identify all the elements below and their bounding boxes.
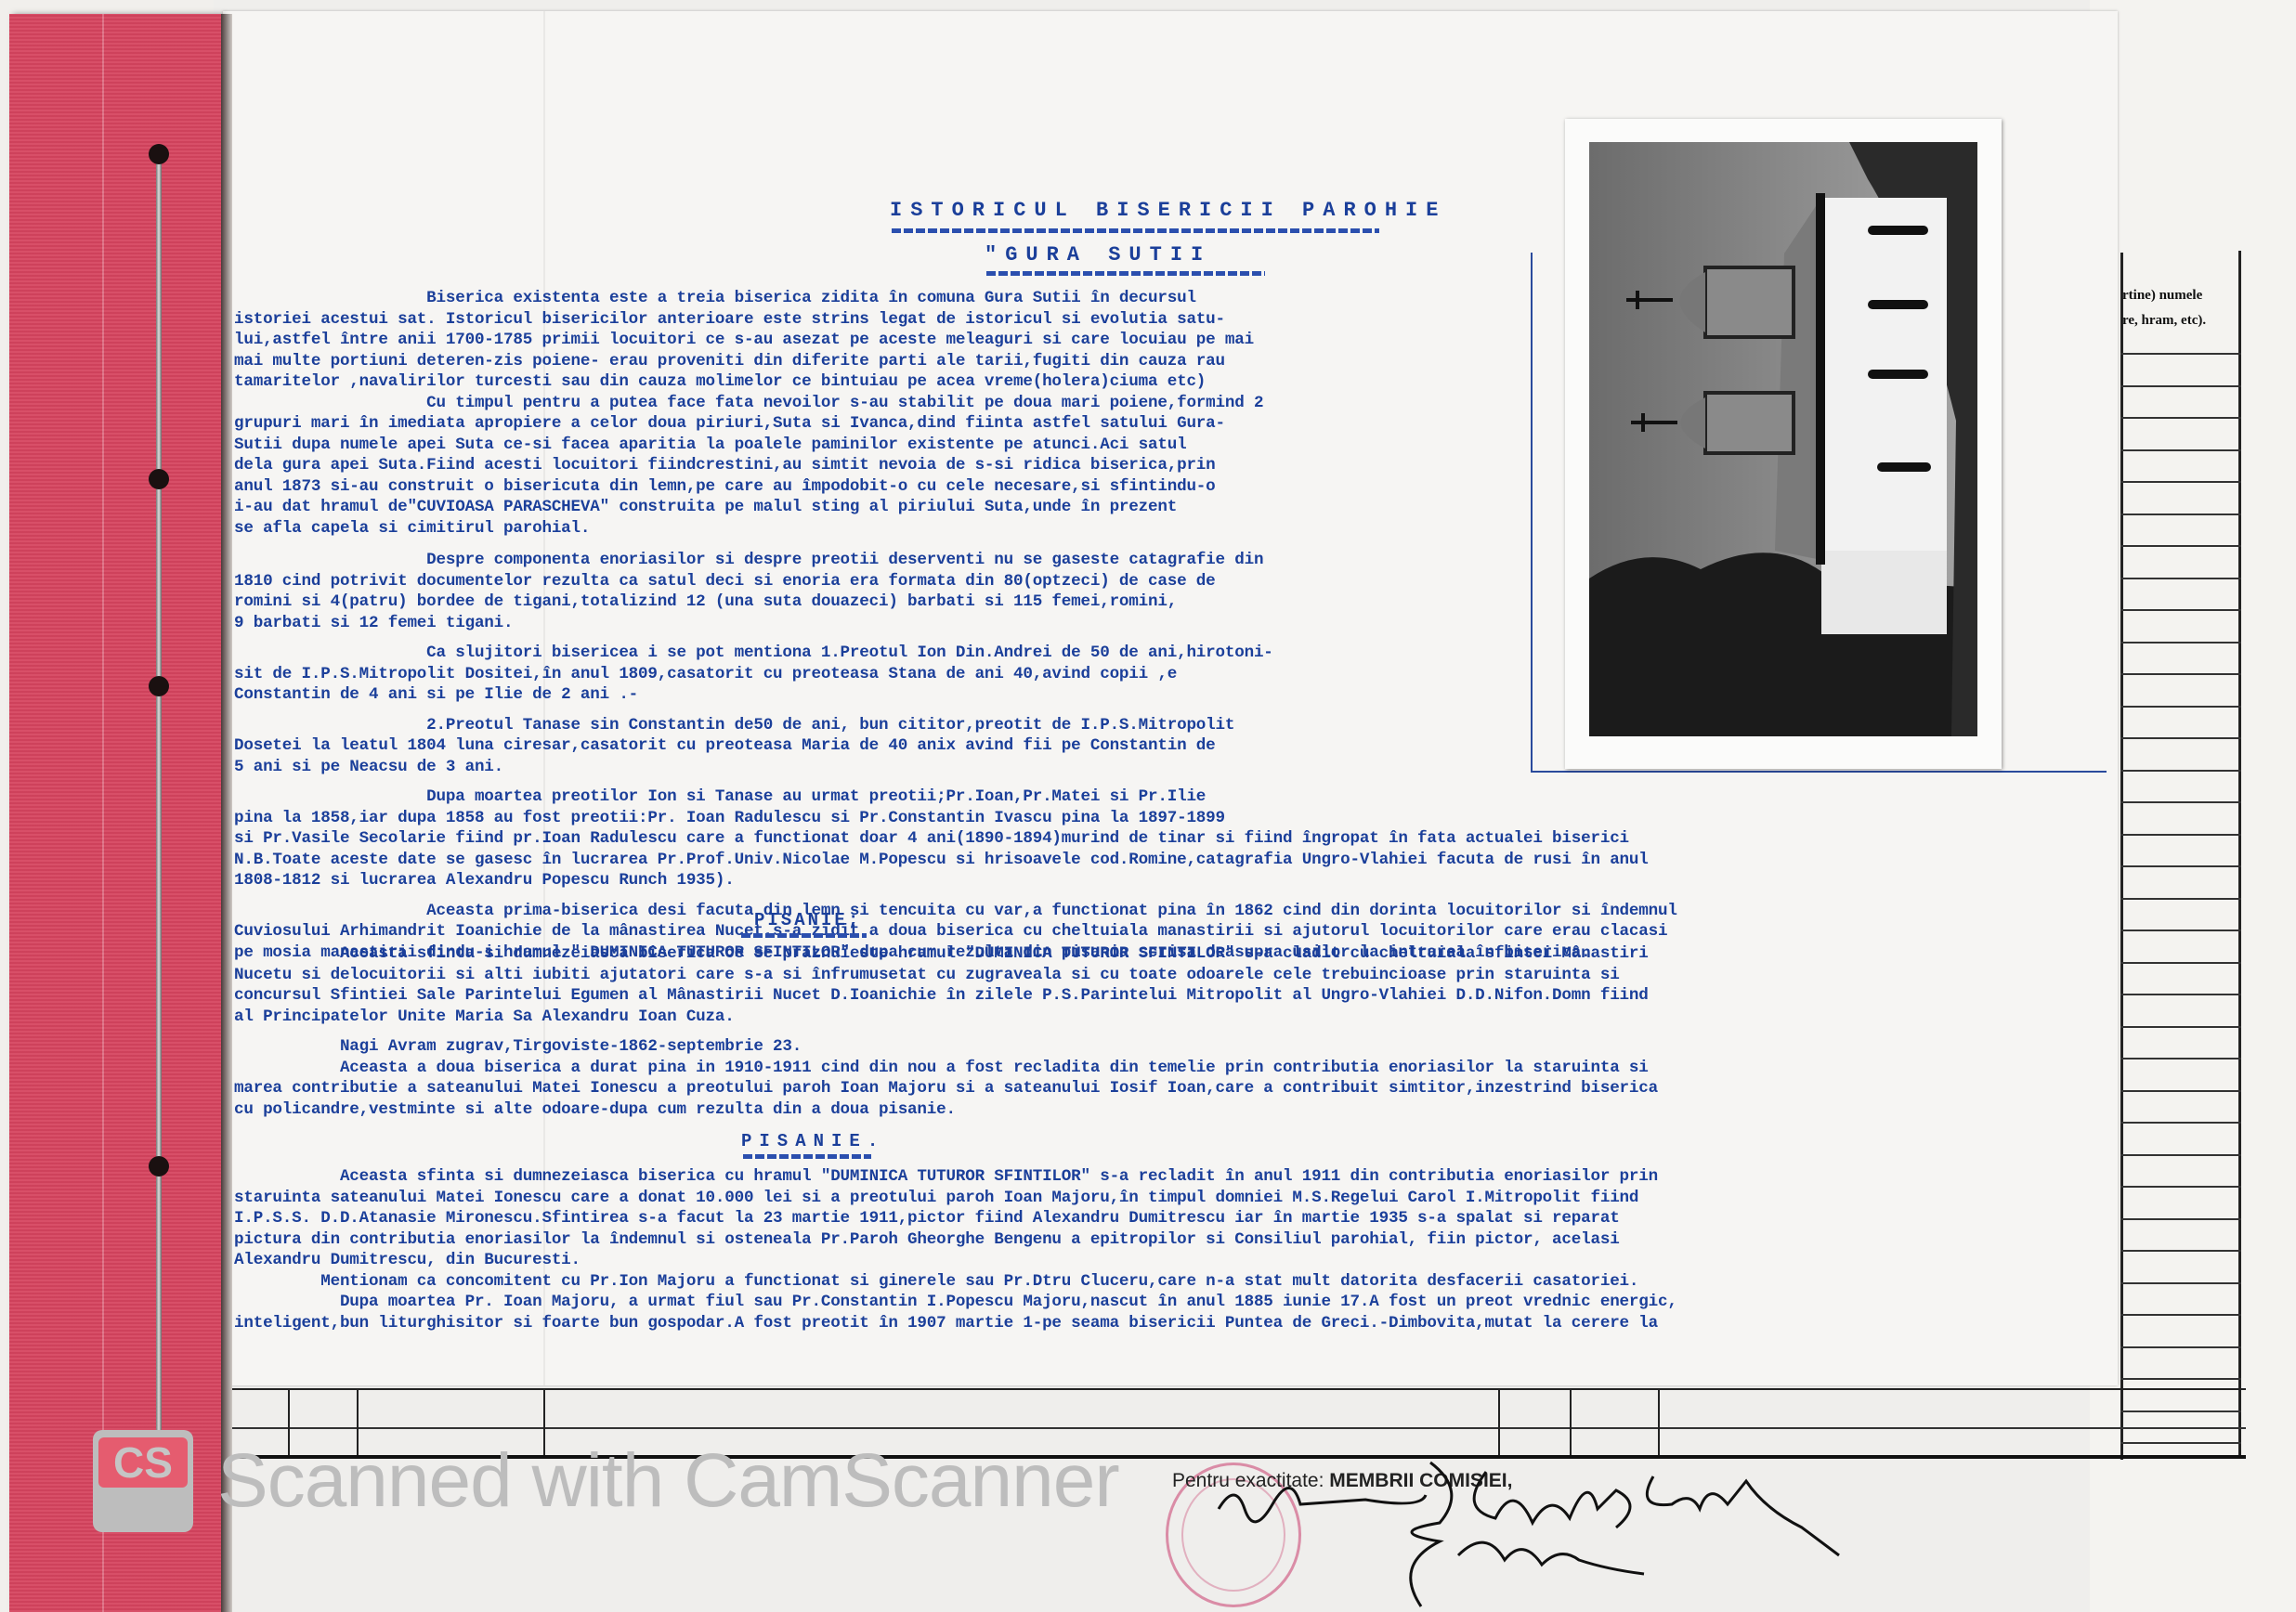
subtitle-underline <box>986 271 1265 276</box>
form-row-line <box>2120 770 2241 772</box>
pisanie2-text: Aceasta sfinta si dumnezeiasca biserica … <box>234 1166 2129 1333</box>
typed-line: Aceasta prima-biserica desi facuta din l… <box>234 901 2129 922</box>
church-illustration <box>1589 142 1977 736</box>
typed-line: si Pr.Vasile Secolarie fiind pr.Ioan Rad… <box>234 828 2129 850</box>
camscanner-watermark: CS Scanned with CamScanner <box>93 1430 1119 1532</box>
typed-line: Mentionam ca concomitent cu Pr.Ion Major… <box>234 1271 2129 1293</box>
church-photograph <box>1565 119 2002 769</box>
photo-frame-rule-bottom <box>1531 771 2107 773</box>
pisanie-text: Aceasta sfinta si dumnezeiasca biserica … <box>234 943 2129 1120</box>
form-row-line <box>2120 929 2241 931</box>
document-title: ISTORICUL BISERICII PAROHIE <box>890 199 1446 222</box>
form-header-line2: re, hram, etc). <box>2122 308 2206 333</box>
typed-line: N.B.Toate aceste date se gasesc în lucra… <box>234 850 2129 871</box>
typed-line: Dupa moartea Pr. Ioan Majoru, a urmat fi… <box>234 1292 2129 1313</box>
form-row-line <box>2120 609 2241 611</box>
typed-line: cu policandre,vestminte si alte odoare-d… <box>234 1099 2129 1121</box>
typed-line: Dupa moartea preotilor Ion si Tanase au … <box>234 786 2129 808</box>
typed-line: Nucetu si delocuitorii si alti iubiti aj… <box>234 965 2129 986</box>
form-row-line <box>2120 1122 2241 1124</box>
form-row-line <box>2120 1346 2241 1348</box>
form-row-line <box>2120 1026 2241 1028</box>
form-row-line <box>2120 801 2241 803</box>
typed-line: Cuviosului Arhimandrit Ioanichie de la m… <box>234 921 2129 942</box>
form-row-line <box>2120 578 2241 579</box>
form-row-line <box>2120 513 2241 515</box>
form-row-line <box>2120 1378 2241 1380</box>
form-row-line <box>2120 898 2241 900</box>
handwritten-signatures <box>1207 1453 1876 1611</box>
form-row-line <box>2120 417 2241 419</box>
typed-line: concursul Sfintiei Sale Parintelui Egume… <box>234 985 2129 1007</box>
typed-line: pina la 1858,iar dupa 1858 au fost preot… <box>234 808 2129 829</box>
camscanner-logo-icon: CS <box>93 1430 193 1532</box>
section-underline-2 <box>743 1154 871 1159</box>
binding-hole <box>149 676 169 696</box>
binding-hole <box>149 469 169 489</box>
form-column-header: rtine) numele re, hram, etc). <box>2122 283 2206 333</box>
typed-line: Aceasta sfinta si dumnezeiasca biserica … <box>234 1166 2129 1188</box>
typed-line: 1808-1812 si lucrarea Alexandru Popescu … <box>234 870 2129 891</box>
form-row-line <box>2120 1250 2241 1252</box>
section-heading-pisanie-1: PISANIE; <box>754 910 861 930</box>
typed-line: Alexandru Dumitrescu, din Bucuresti. <box>234 1250 2129 1271</box>
binding-hole <box>149 144 169 164</box>
form-border <box>2238 251 2241 1458</box>
form-row-line <box>2120 385 2241 387</box>
form-row-line <box>2120 1314 2241 1316</box>
document-subtitle: "GURA SUTII <box>985 243 1211 266</box>
form-row-line <box>2120 1186 2241 1188</box>
photo-frame-rule <box>1531 253 1533 773</box>
typed-line: pictura din contributia enoriasilor la î… <box>234 1229 2129 1251</box>
camscanner-text: Scanned with CamScanner <box>217 1437 1119 1525</box>
typed-line: staruinta sateanului Matei Ionescu care … <box>234 1188 2129 1209</box>
red-book-binding <box>9 14 221 1612</box>
form-row-line <box>2120 642 2241 643</box>
typed-line: Nagi Avram zugrav,Tirgoviste-1862-septem… <box>234 1036 2129 1058</box>
form-row-line <box>2120 994 2241 995</box>
binding-hole <box>149 1156 169 1176</box>
church-photo-image <box>1589 142 1977 736</box>
form-row-line <box>2120 545 2241 547</box>
form-row-line <box>2120 1058 2241 1059</box>
form-row-line <box>2120 481 2241 483</box>
form-row-line <box>2120 962 2241 964</box>
typed-line: Aceasta sfinta si dumnezeiasca biserica … <box>234 943 2129 965</box>
title-underline <box>892 228 1379 233</box>
form-row-line <box>2120 737 2241 739</box>
form-row-line <box>2120 449 2241 451</box>
form-row-line <box>2120 1218 2241 1220</box>
typed-line: inteligent,bun liturghisitor si foarte b… <box>234 1313 2129 1334</box>
form-header-line1: rtine) numele <box>2122 283 2206 308</box>
typed-line: marea contributie a sateanului Matei Ion… <box>234 1078 2129 1099</box>
form-row-line <box>2120 353 2241 355</box>
typed-line: Aceasta a doua biserica a durat pina in … <box>234 1058 2129 1079</box>
form-row-line <box>2120 865 2241 867</box>
form-row-line <box>2120 1090 2241 1092</box>
section-underline <box>741 933 867 938</box>
typed-line: I.P.S.S. D.D.Atanasie Mironescu.Sfintire… <box>234 1208 2129 1229</box>
typed-line: al Principatelor Unite Maria Sa Alexandr… <box>234 1007 2129 1028</box>
form-row-line <box>2120 1282 2241 1284</box>
form-column <box>2120 253 2244 1460</box>
section-heading-pisanie-2: PISANIE. <box>741 1131 885 1151</box>
form-row-line <box>2120 673 2241 675</box>
binding-thread <box>156 153 162 1518</box>
form-row-line <box>2120 706 2241 708</box>
form-row-line <box>2120 834 2241 836</box>
form-row-line <box>2120 1154 2241 1156</box>
